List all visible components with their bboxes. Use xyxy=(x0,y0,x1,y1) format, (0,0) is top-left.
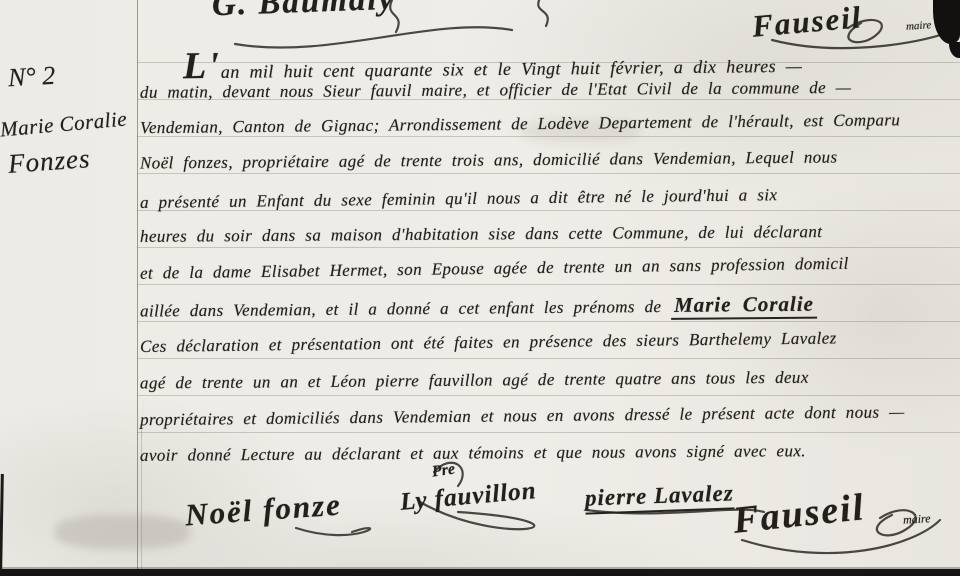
previous-act-signature-fragment: G. Baumaly xyxy=(211,0,395,24)
child-name-highlight: Marie Coralie xyxy=(671,292,817,320)
scanned-civil-record-page: G. Baumaly Fauseil maire N° 2 Marie Cora… xyxy=(0,0,960,576)
body-line-10: agé de trente un an et Léon pierre fauvi… xyxy=(140,366,955,393)
margin-child-surname: Fonzes xyxy=(7,143,91,180)
body-line-4: Noël fonzes, propriétaire agé de trente … xyxy=(140,146,955,173)
signature-declarant: Noël fonze xyxy=(184,487,343,534)
scan-smudge xyxy=(55,515,190,549)
body-line-2: du matin, devant nous Sieur fauvil maire… xyxy=(140,77,955,103)
body-line-8-text: aillée dans Vendemian, et il a donné a c… xyxy=(140,297,671,321)
body-line-5: a présenté un Enfant du sexe feminin qu'… xyxy=(140,183,955,213)
signature-witness1-prefix: Pre xyxy=(431,460,456,481)
record-number: N° 2 xyxy=(7,61,56,93)
body-line-12: avoir donné Lecture au déclarant et aux … xyxy=(140,440,955,466)
signature-mayor: Fauseil xyxy=(731,485,867,543)
signature-witness1: Ly fauvillon xyxy=(399,477,538,517)
body-line-6: heures du soir dans sa maison d'habitati… xyxy=(140,221,955,247)
signature-witness2: pierre Lavalez xyxy=(585,480,735,514)
scan-artifact-left-edge xyxy=(0,474,4,570)
body-line-3: Vendemian, Canton de Gignac; Arrondissem… xyxy=(140,110,955,139)
margin-rule-vertical xyxy=(137,0,138,576)
body-line-8: aillée dans Vendemian, et il a donné a c… xyxy=(140,290,955,322)
top-mayor-role-label: maire xyxy=(906,19,932,33)
body-line-9: Ces déclaration et présentation ont été … xyxy=(140,327,955,357)
margin-child-forenames: Marie Coralie xyxy=(0,107,128,143)
signature-mayor-role-label: maire xyxy=(903,511,931,527)
scan-artifact-bottom-edge xyxy=(0,569,960,576)
body-line-7: et de la dame Elisabet Hermet, son Epous… xyxy=(140,252,955,283)
body-line-11: propriétaires et domiciliés dans Vendemi… xyxy=(140,402,955,431)
